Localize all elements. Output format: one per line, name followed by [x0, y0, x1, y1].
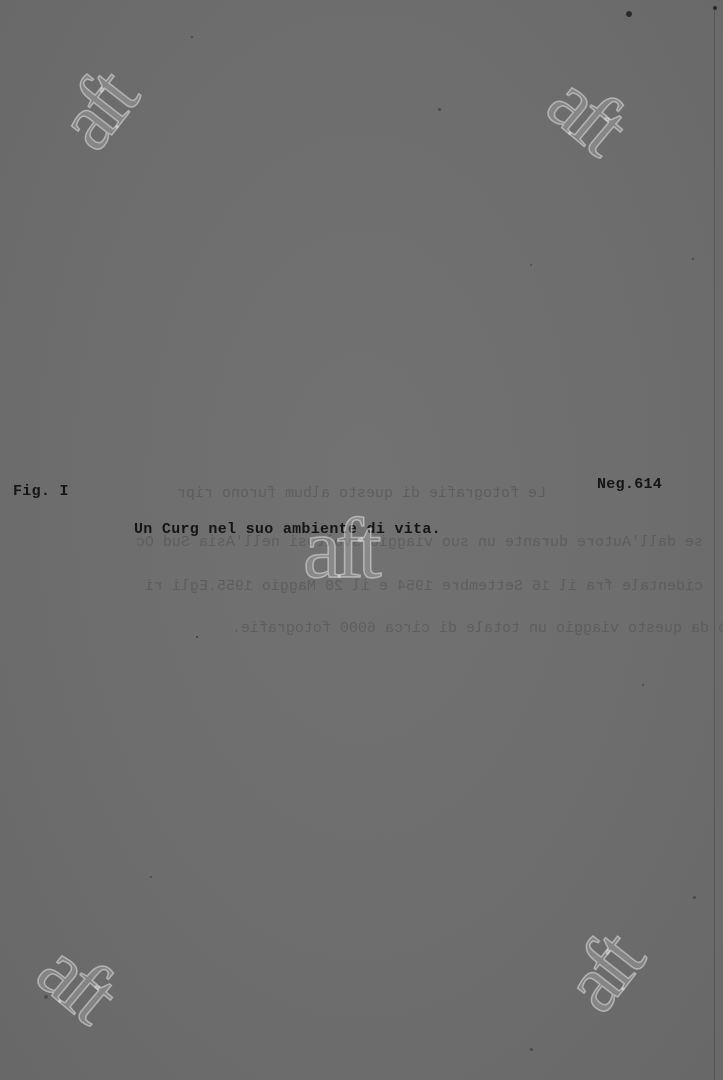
- page-edge-line: [714, 8, 715, 1080]
- negative-number: Neg.614: [597, 476, 662, 493]
- figure-label: Fig. I: [13, 483, 69, 500]
- dust-speck: [692, 258, 694, 260]
- dust-speck: [642, 684, 644, 686]
- dust-speck: [693, 896, 696, 899]
- dust-speck: [150, 876, 152, 878]
- watermark-logo: aft: [24, 928, 129, 1035]
- figure-caption: Un Curg nel suo ambiente di vita.: [134, 521, 441, 538]
- watermark-logo: aft: [43, 59, 150, 163]
- dust-speck: [530, 1048, 533, 1051]
- scanned-page: Le fotografie di questo album furono rip…: [0, 0, 723, 1080]
- watermark-logo: aft: [534, 60, 639, 167]
- dust-speck: [438, 108, 441, 111]
- dust-speck: [191, 36, 193, 38]
- dust-speck: [626, 11, 632, 17]
- bleed-through-line: portò da questo viaggio un totale di cir…: [40, 620, 723, 637]
- watermark-logo: aft: [303, 505, 376, 591]
- dust-speck: [713, 6, 717, 10]
- watermark-logo: aft: [549, 921, 656, 1025]
- dust-speck: [530, 264, 532, 266]
